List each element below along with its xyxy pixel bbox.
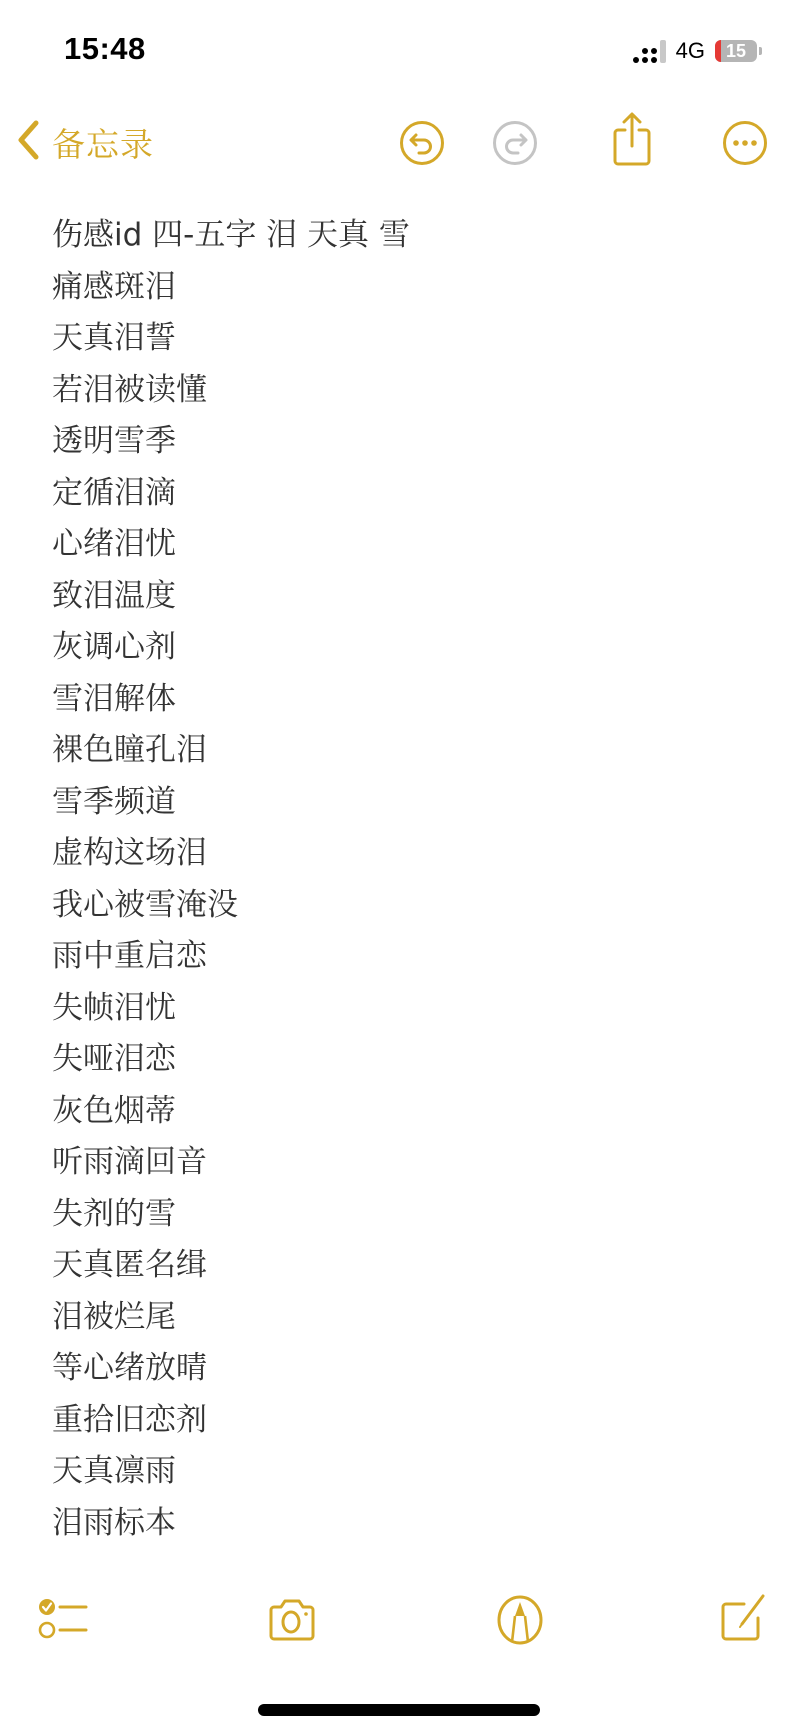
note-line[interactable]: 等心绪放晴 [52,1343,752,1395]
note-line[interactable]: 重拾旧恋剂 [52,1395,752,1447]
note-line[interactable]: 雨中重启恋 [52,931,752,983]
share-button[interactable] [608,111,656,167]
note-line[interactable]: 心绪泪忧 [52,519,752,571]
undo-button[interactable] [398,119,446,167]
battery-tip [759,47,762,55]
share-icon [608,111,656,167]
status-indicators: 4G 15 [633,36,762,66]
compose-icon [714,1590,774,1650]
note-line[interactable]: 灰调心剂 [52,622,752,674]
status-time: 15:48 [64,31,146,67]
note-line[interactable]: 虚构这场泪 [52,828,752,880]
chevron-left-icon [16,120,40,164]
note-line[interactable]: 若泪被读懂 [52,365,752,417]
note-line[interactable]: 裸色瞳孔泪 [52,725,752,777]
note-line[interactable]: 天真匿名缉 [52,1240,752,1292]
note-line[interactable]: 定循泪滴 [52,468,752,520]
note-line[interactable]: 我心被雪淹没 [52,880,752,932]
camera-icon [264,1590,324,1650]
note-body[interactable]: 伤感id 四-五字 泪 天真 雪 痛感斑泪 天真泪誓 若泪被读懂 透明雪季 定循… [52,210,752,1549]
home-indicator[interactable] [258,1704,540,1716]
checklist-button[interactable] [34,1590,94,1650]
note-line[interactable]: 透明雪季 [52,416,752,468]
redo-button[interactable] [491,119,539,167]
note-line[interactable]: 泪雨标本 [52,1498,752,1550]
cellular-signal-icon [633,40,666,63]
status-bar: 15:48 4G 15 [0,0,800,90]
note-line[interactable]: 失剂的雪 [52,1189,752,1241]
note-line[interactable]: 失哑泪恋 [52,1034,752,1086]
bottom-toolbar [0,1590,800,1660]
more-button[interactable] [721,119,769,167]
back-button[interactable]: 备忘录 [16,119,154,165]
compose-button[interactable] [714,1590,774,1650]
markup-button[interactable] [492,1590,552,1650]
battery-icon: 15 [715,40,757,62]
note-title-line[interactable]: 伤感id 四-五字 泪 天真 雪 [52,210,752,262]
note-line[interactable]: 天真凛雨 [52,1446,752,1498]
undo-icon [398,119,446,167]
note-line[interactable]: 雪季频道 [52,777,752,829]
note-line[interactable]: 泪被烂尾 [52,1292,752,1344]
checklist-icon [34,1590,94,1650]
redo-icon [491,119,539,167]
nav-bar: 备忘录 [0,105,800,181]
faded-overlay-text [265,78,545,98]
notes-app-screen: 15:48 4G 15 [0,0,800,1731]
markup-pen-icon [492,1590,552,1650]
note-line[interactable]: 痛感斑泪 [52,262,752,314]
more-icon [721,119,769,167]
camera-button[interactable] [264,1590,324,1650]
note-line[interactable]: 雪泪解体 [52,674,752,726]
note-line[interactable]: 致泪温度 [52,571,752,623]
back-label: 备忘录 [52,119,154,166]
note-line[interactable]: 失帧泪忧 [52,983,752,1035]
network-type: 4G [676,38,705,64]
battery-level: 15 [726,41,746,62]
note-line[interactable]: 听雨滴回音 [52,1137,752,1189]
note-line[interactable]: 灰色烟蒂 [52,1086,752,1138]
note-line[interactable]: 天真泪誓 [52,313,752,365]
